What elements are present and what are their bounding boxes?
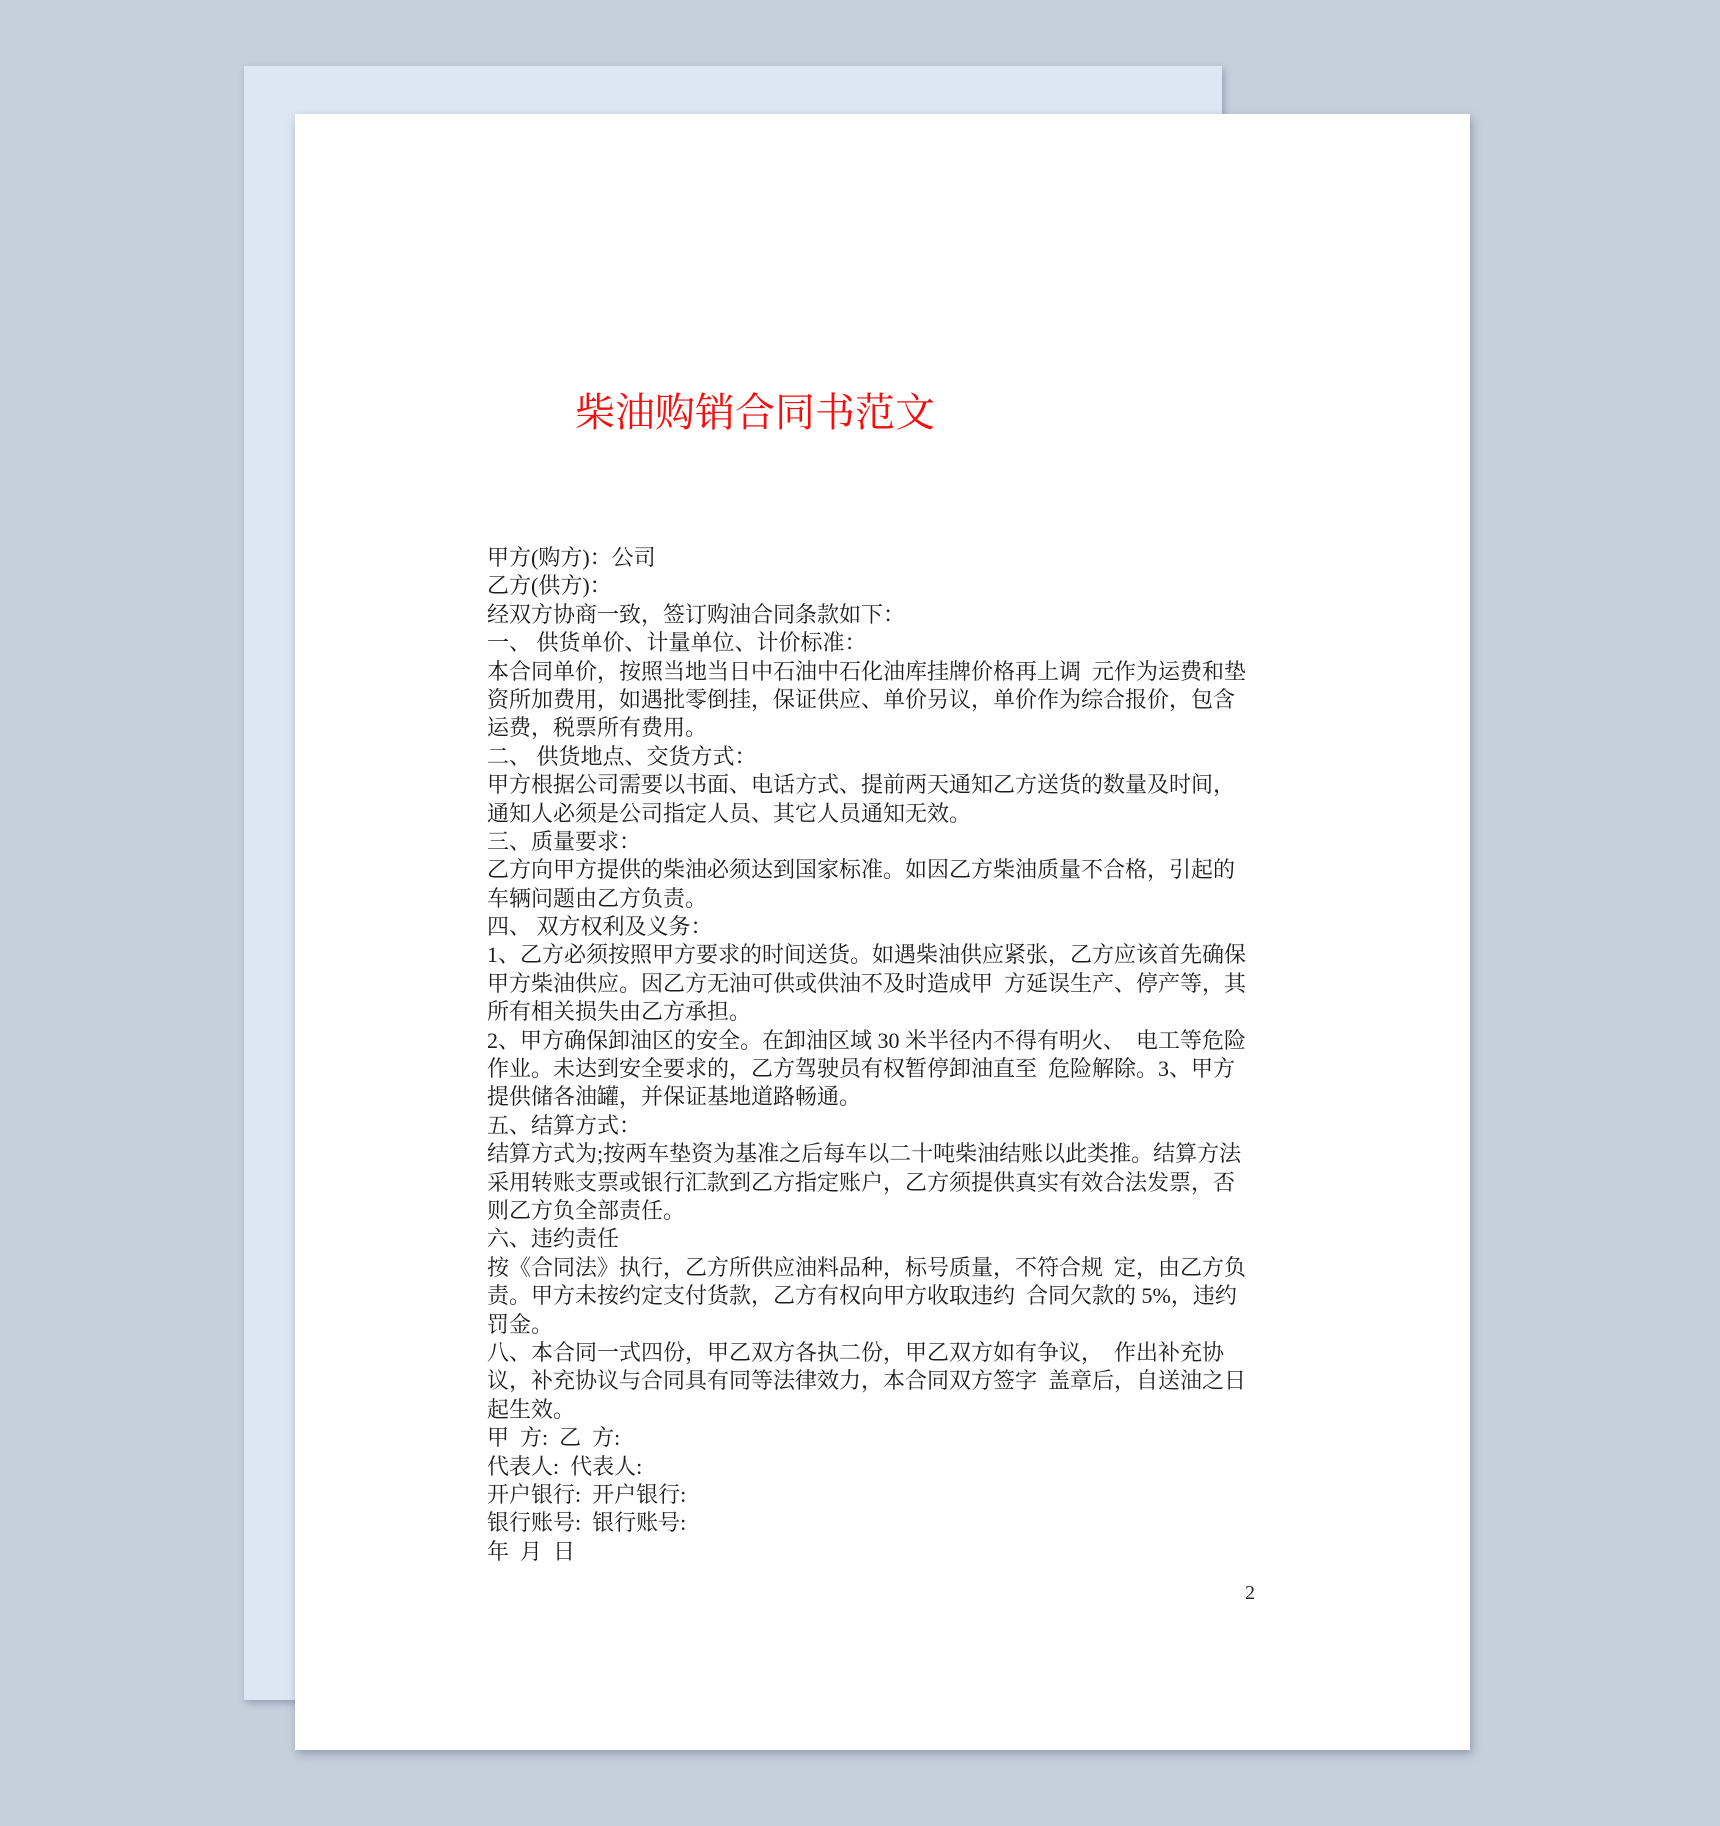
text-line: 四、 双方权利及义务：	[487, 913, 1287, 941]
page-number: 2	[1245, 1582, 1255, 1605]
text-line: 资所加费用，如遇批零倒挂，保证供应、单价另议，单价作为综合报价，包含	[487, 686, 1287, 714]
text-line: 八、本合同一式四份，甲乙双方各执二份，甲乙双方如有争议， 作出补充协	[487, 1339, 1287, 1367]
text-line: 通知人必须是公司指定人员、其它人员通知无效。	[487, 800, 1287, 828]
text-line: 议，补充协议与合同具有同等法律效力，本合同双方签字 盖章后，自送油之日	[487, 1367, 1287, 1395]
text-line: 经双方协商一致，签订购油合同条款如下：	[487, 601, 1287, 629]
text-line: 年 月 日	[487, 1538, 1287, 1566]
text-line: 乙方向甲方提供的柴油必须达到国家标准。如因乙方柴油质量不合格，引起的	[487, 856, 1287, 884]
document-body: 甲方(购方)：公司 乙方(供方)： 经双方协商一致，签订购油合同条款如下： 一、…	[487, 544, 1287, 1566]
text-line: 提供储各油罐，并保证基地道路畅通。	[487, 1083, 1287, 1111]
text-line: 开户银行: 开户银行:	[487, 1481, 1287, 1509]
text-line: 甲方柴油供应。因乙方无油可供或供油不及时造成甲 方延误生产、停产等，其	[487, 970, 1287, 998]
text-line: 代表人: 代表人:	[487, 1453, 1287, 1481]
paper-page: 柴油购销合同书范文 甲方(购方)：公司 乙方(供方)： 经双方协商一致，签订购油…	[295, 114, 1470, 1750]
text-line: 责。甲方未按约定支付货款，乙方有权向甲方收取违约 合同欠款的 5%，违约	[487, 1282, 1287, 1310]
text-line: 1、乙方必须按照甲方要求的时间送货。如遇柴油供应紧张，乙方应该首先确保	[487, 941, 1287, 969]
text-line: 三、质量要求：	[487, 828, 1287, 856]
text-line: 二、 供货地点、交货方式：	[487, 743, 1287, 771]
text-line: 作业。未达到安全要求的，乙方驾驶员有权暂停卸油直至 危险解除。3、甲方	[487, 1055, 1287, 1083]
text-line: 则乙方负全部责任。	[487, 1197, 1287, 1225]
text-line: 车辆问题由乙方负责。	[487, 885, 1287, 913]
text-line: 罚金。	[487, 1311, 1287, 1339]
text-line: 六、违约责任	[487, 1225, 1287, 1253]
text-line: 甲方(购方)：公司	[487, 544, 1287, 572]
text-line: 甲方根据公司需要以书面、电话方式、提前两天通知乙方送货的数量及时间，	[487, 771, 1287, 799]
text-line: 结算方式为;按两车垫资为基准之后每车以二十吨柴油结账以此类推。结算方法	[487, 1140, 1287, 1168]
document-canvas: 柴油购销合同书范文 甲方(购方)：公司 乙方(供方)： 经双方协商一致，签订购油…	[0, 0, 1720, 1826]
text-line: 五、结算方式：	[487, 1112, 1287, 1140]
text-line: 乙方(供方)：	[487, 572, 1287, 600]
text-line: 所有相关损失由乙方承担。	[487, 998, 1287, 1026]
text-line: 2、甲方确保卸油区的安全。在卸油区域 30 米半径内不得有明火、 电工等危险	[487, 1027, 1287, 1055]
text-line: 银行账号: 银行账号:	[487, 1509, 1287, 1537]
text-line: 本合同单价，按照当地当日中石油中石化油库挂牌价格再上调 元作为运费和垫	[487, 658, 1287, 686]
text-line: 采用转账支票或银行汇款到乙方指定账户，乙方须提供真实有效合法发票，否	[487, 1169, 1287, 1197]
document-title: 柴油购销合同书范文	[565, 390, 945, 436]
text-line: 起生效。	[487, 1396, 1287, 1424]
text-line: 甲 方: 乙 方:	[487, 1424, 1287, 1452]
text-line: 按《合同法》执行，乙方所供应油料品种，标号质量，不符合规 定，由乙方负	[487, 1254, 1287, 1282]
text-line: 一、 供货单价、计量单位、计价标准：	[487, 629, 1287, 657]
text-line: 运费，税票所有费用。	[487, 714, 1287, 742]
